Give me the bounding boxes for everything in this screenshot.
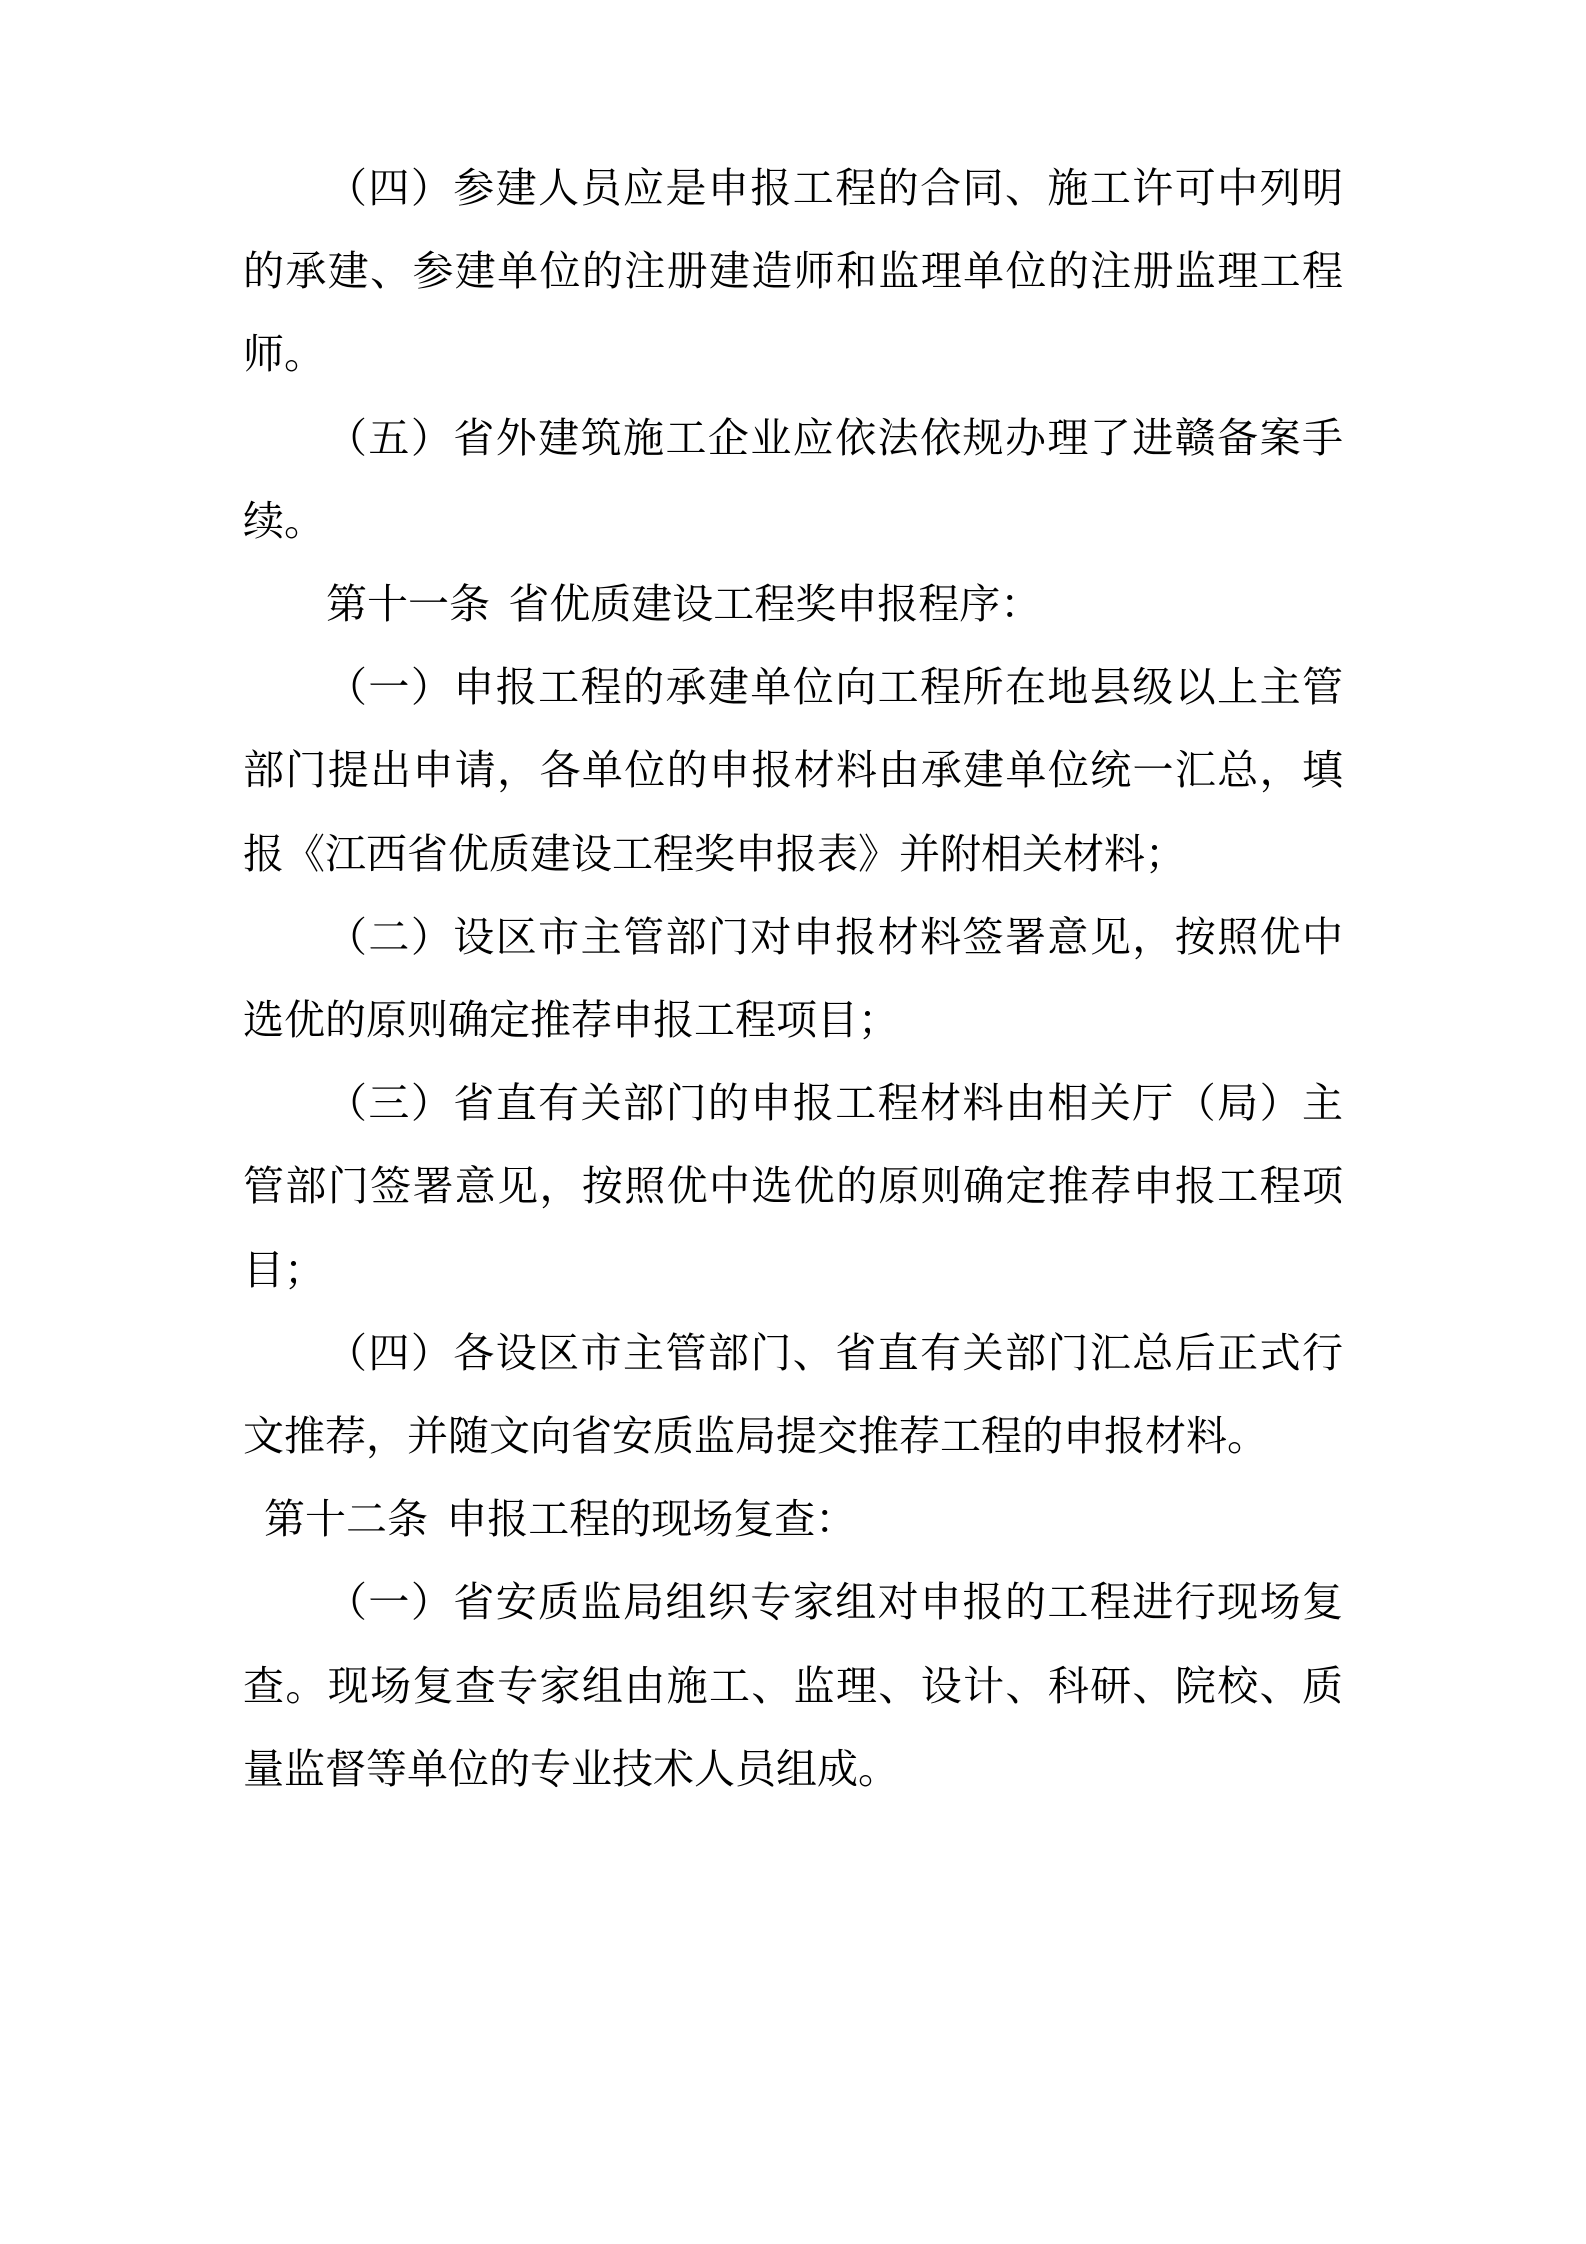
document-body: （四）参建人员应是申报工程的合同、施工许可中列明的承建、参建单位的注册建造师和监… (243, 147, 1343, 1811)
text-line: （二）设区市主管部门对申报材料签署意见，按照优中 (243, 896, 1343, 979)
text-line: 选优的原则确定推荐申报工程项目； (243, 979, 1343, 1062)
text-line: 目； (243, 1229, 1343, 1312)
text-line: 部门提出申请，各单位的申报材料由承建单位统一汇总，填 (243, 729, 1343, 812)
text-line: （一）省安质监局组织专家组对申报的工程进行现场复 (243, 1561, 1343, 1644)
article-12-heading: 第十二条 申报工程的现场复查： (243, 1478, 1343, 1561)
article-11-heading: 第十一条 省优质建设工程奖申报程序： (243, 563, 1343, 646)
text-line: 续。 (243, 480, 1343, 563)
text-line: 查。现场复查专家组由施工、监理、设计、科研、院校、质 (243, 1645, 1343, 1728)
text-line: 师。 (243, 313, 1343, 396)
text-line: （四）参建人员应是申报工程的合同、施工许可中列明 (243, 147, 1343, 230)
document-page: （四）参建人员应是申报工程的合同、施工许可中列明的承建、参建单位的注册建造师和监… (0, 0, 1586, 2244)
text-line: （一）申报工程的承建单位向工程所在地县级以上主管 (243, 646, 1343, 729)
text-line: （三）省直有关部门的申报工程材料由相关厅（局）主 (243, 1062, 1343, 1145)
text-line: 文推荐，并随文向省安质监局提交推荐工程的申报材料。 (243, 1395, 1343, 1478)
text-line: （五）省外建筑施工企业应依法依规办理了进赣备案手 (243, 397, 1343, 480)
text-line: 管部门签署意见，按照优中选优的原则确定推荐申报工程项 (243, 1145, 1343, 1228)
text-line: 量监督等单位的专业技术人员组成。 (243, 1728, 1343, 1811)
text-line: 报《江西省优质建设工程奖申报表》并附相关材料； (243, 813, 1343, 896)
text-line: （四）各设区市主管部门、省直有关部门汇总后正式行 (243, 1312, 1343, 1395)
text-line: 的承建、参建单位的注册建造师和监理单位的注册监理工程 (243, 230, 1343, 313)
